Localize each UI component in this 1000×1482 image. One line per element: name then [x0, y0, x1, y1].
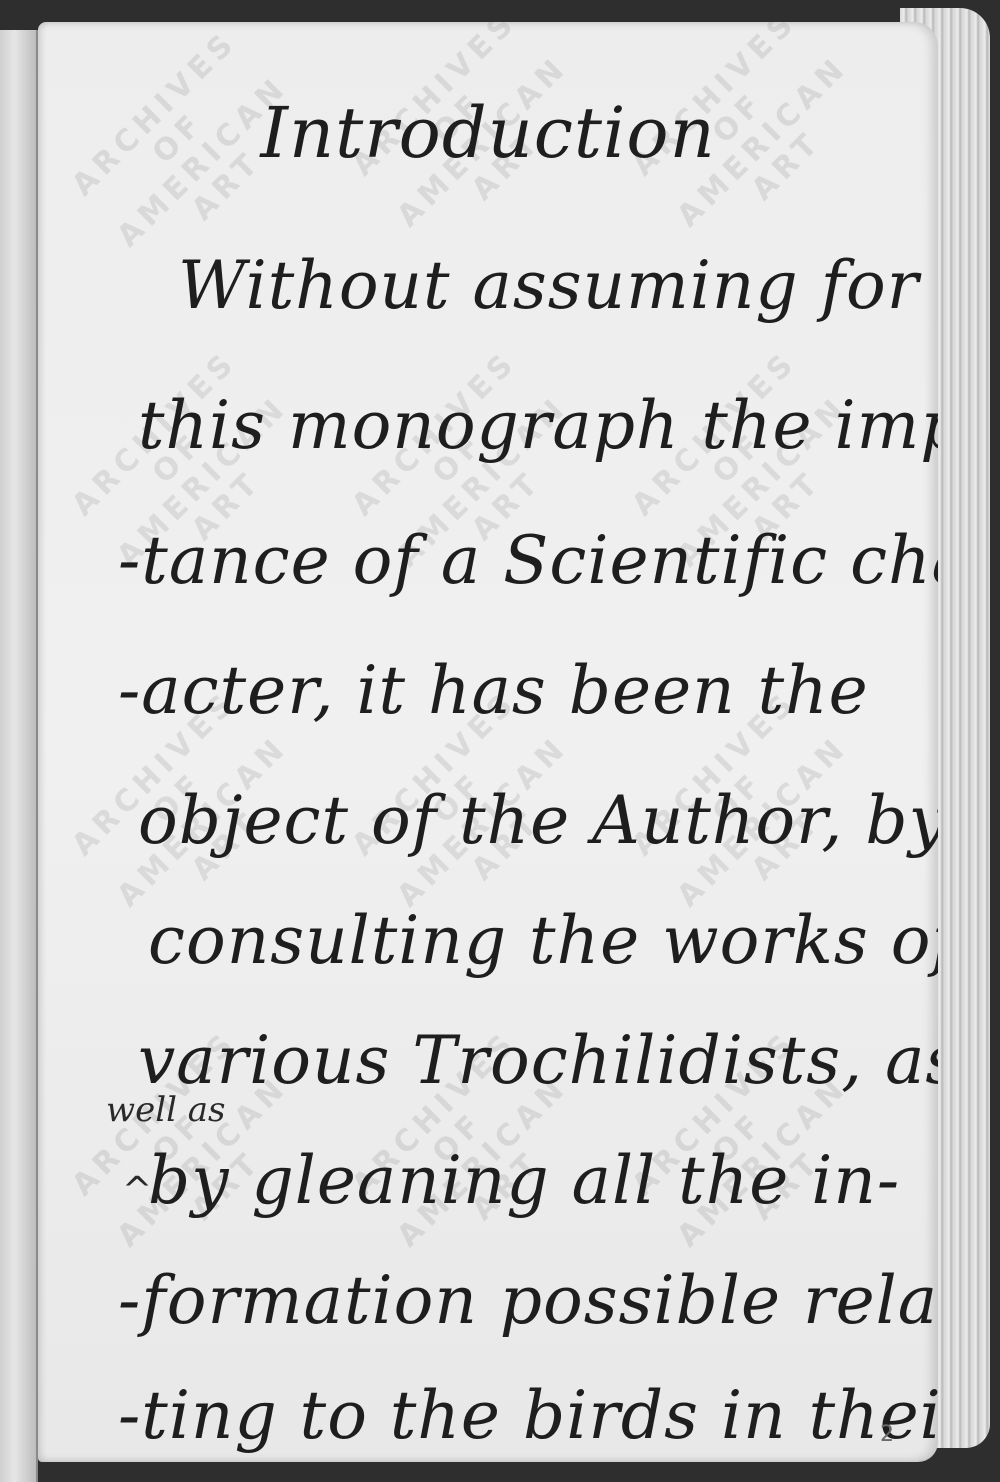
text-line-6: consulting the works of [148, 902, 938, 979]
text-line-2: this monograph the impo- [138, 387, 938, 464]
manuscript-page: ARCHIVES OF AMERICAN ART ARCHIVES OF AME… [38, 22, 938, 1462]
text-line-5: object of the Author, by [138, 782, 938, 859]
interlinear-insertion: well as [106, 1090, 226, 1130]
text-line-3: -tance of a Scientific char- [118, 522, 938, 599]
page-number: 2 [880, 1422, 894, 1447]
text-line-4: -acter, it has been the [118, 652, 938, 729]
text-line-10: -ting to the birds in their [118, 1377, 938, 1454]
text-line-7: various Trochilidists, as [138, 1022, 938, 1099]
text-line-8: by gleaning all the in- [148, 1142, 938, 1219]
text-line-1: Without assuming for [178, 247, 938, 324]
text-line-9: -formation possible rela- [118, 1262, 938, 1339]
page-title: Introduction [38, 92, 938, 174]
facing-page-edge [0, 30, 38, 1482]
